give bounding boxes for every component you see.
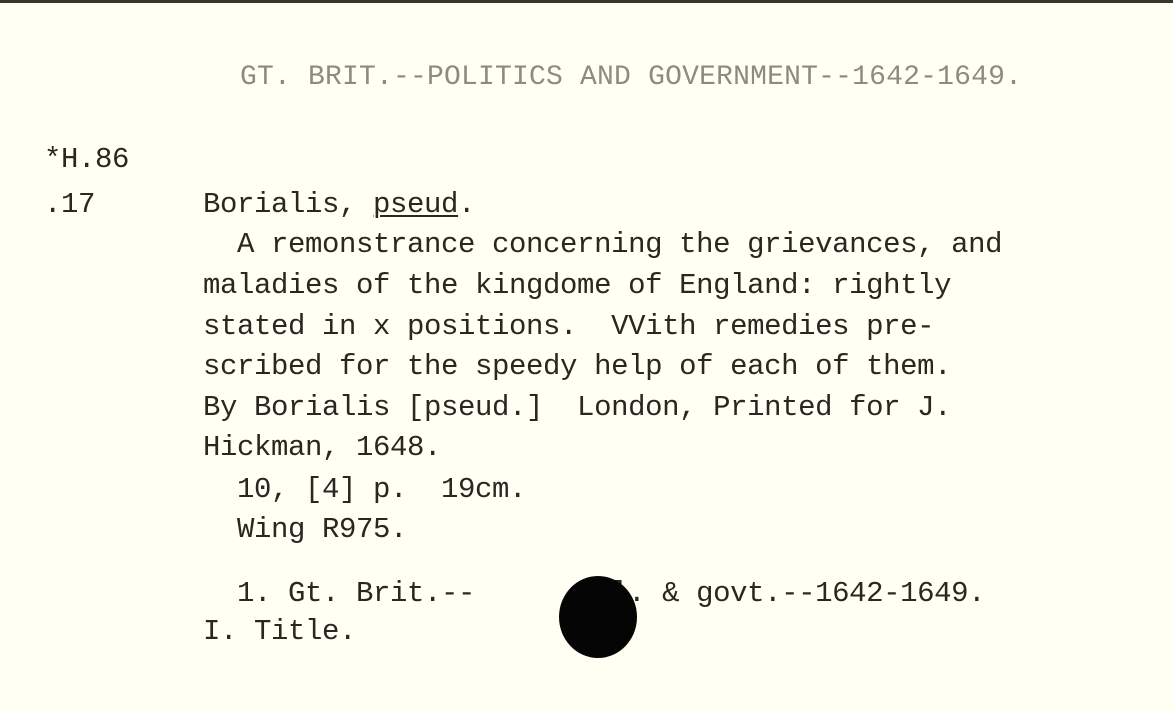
wing-note: Wing R975. <box>203 510 407 550</box>
title-line: scribed for the speedy help of each of t… <box>203 347 951 387</box>
title-line: A remonstrance concerning the grievances… <box>203 225 1002 265</box>
call-number-line-1: *H.86 <box>44 140 129 180</box>
punch-hole <box>559 576 637 658</box>
title-line: stated in x positions. VVith remedies pr… <box>203 307 934 347</box>
tracing-title: I. Title. <box>203 612 356 652</box>
collation: 10, [4] p. 19cm. <box>203 470 526 510</box>
title-line: By Borialis [pseud.] London, Printed for… <box>203 388 951 428</box>
title-line: Hickman, 1648. <box>203 428 441 468</box>
author-name: Borialis, <box>203 188 373 221</box>
title-line: maladies of the kingdome of England: rig… <box>203 266 951 306</box>
call-number-line-2: .17 <box>44 185 95 225</box>
catalog-card: GT. BRIT.--POLITICS AND GOVERNMENT--1642… <box>0 0 1173 712</box>
main-entry-end: . <box>458 188 475 221</box>
pseud-qualifier: pseud <box>373 188 458 221</box>
subject-heading: GT. BRIT.--POLITICS AND GOVERNMENT--1642… <box>240 58 1022 98</box>
main-entry: Borialis, pseud. <box>203 185 475 225</box>
